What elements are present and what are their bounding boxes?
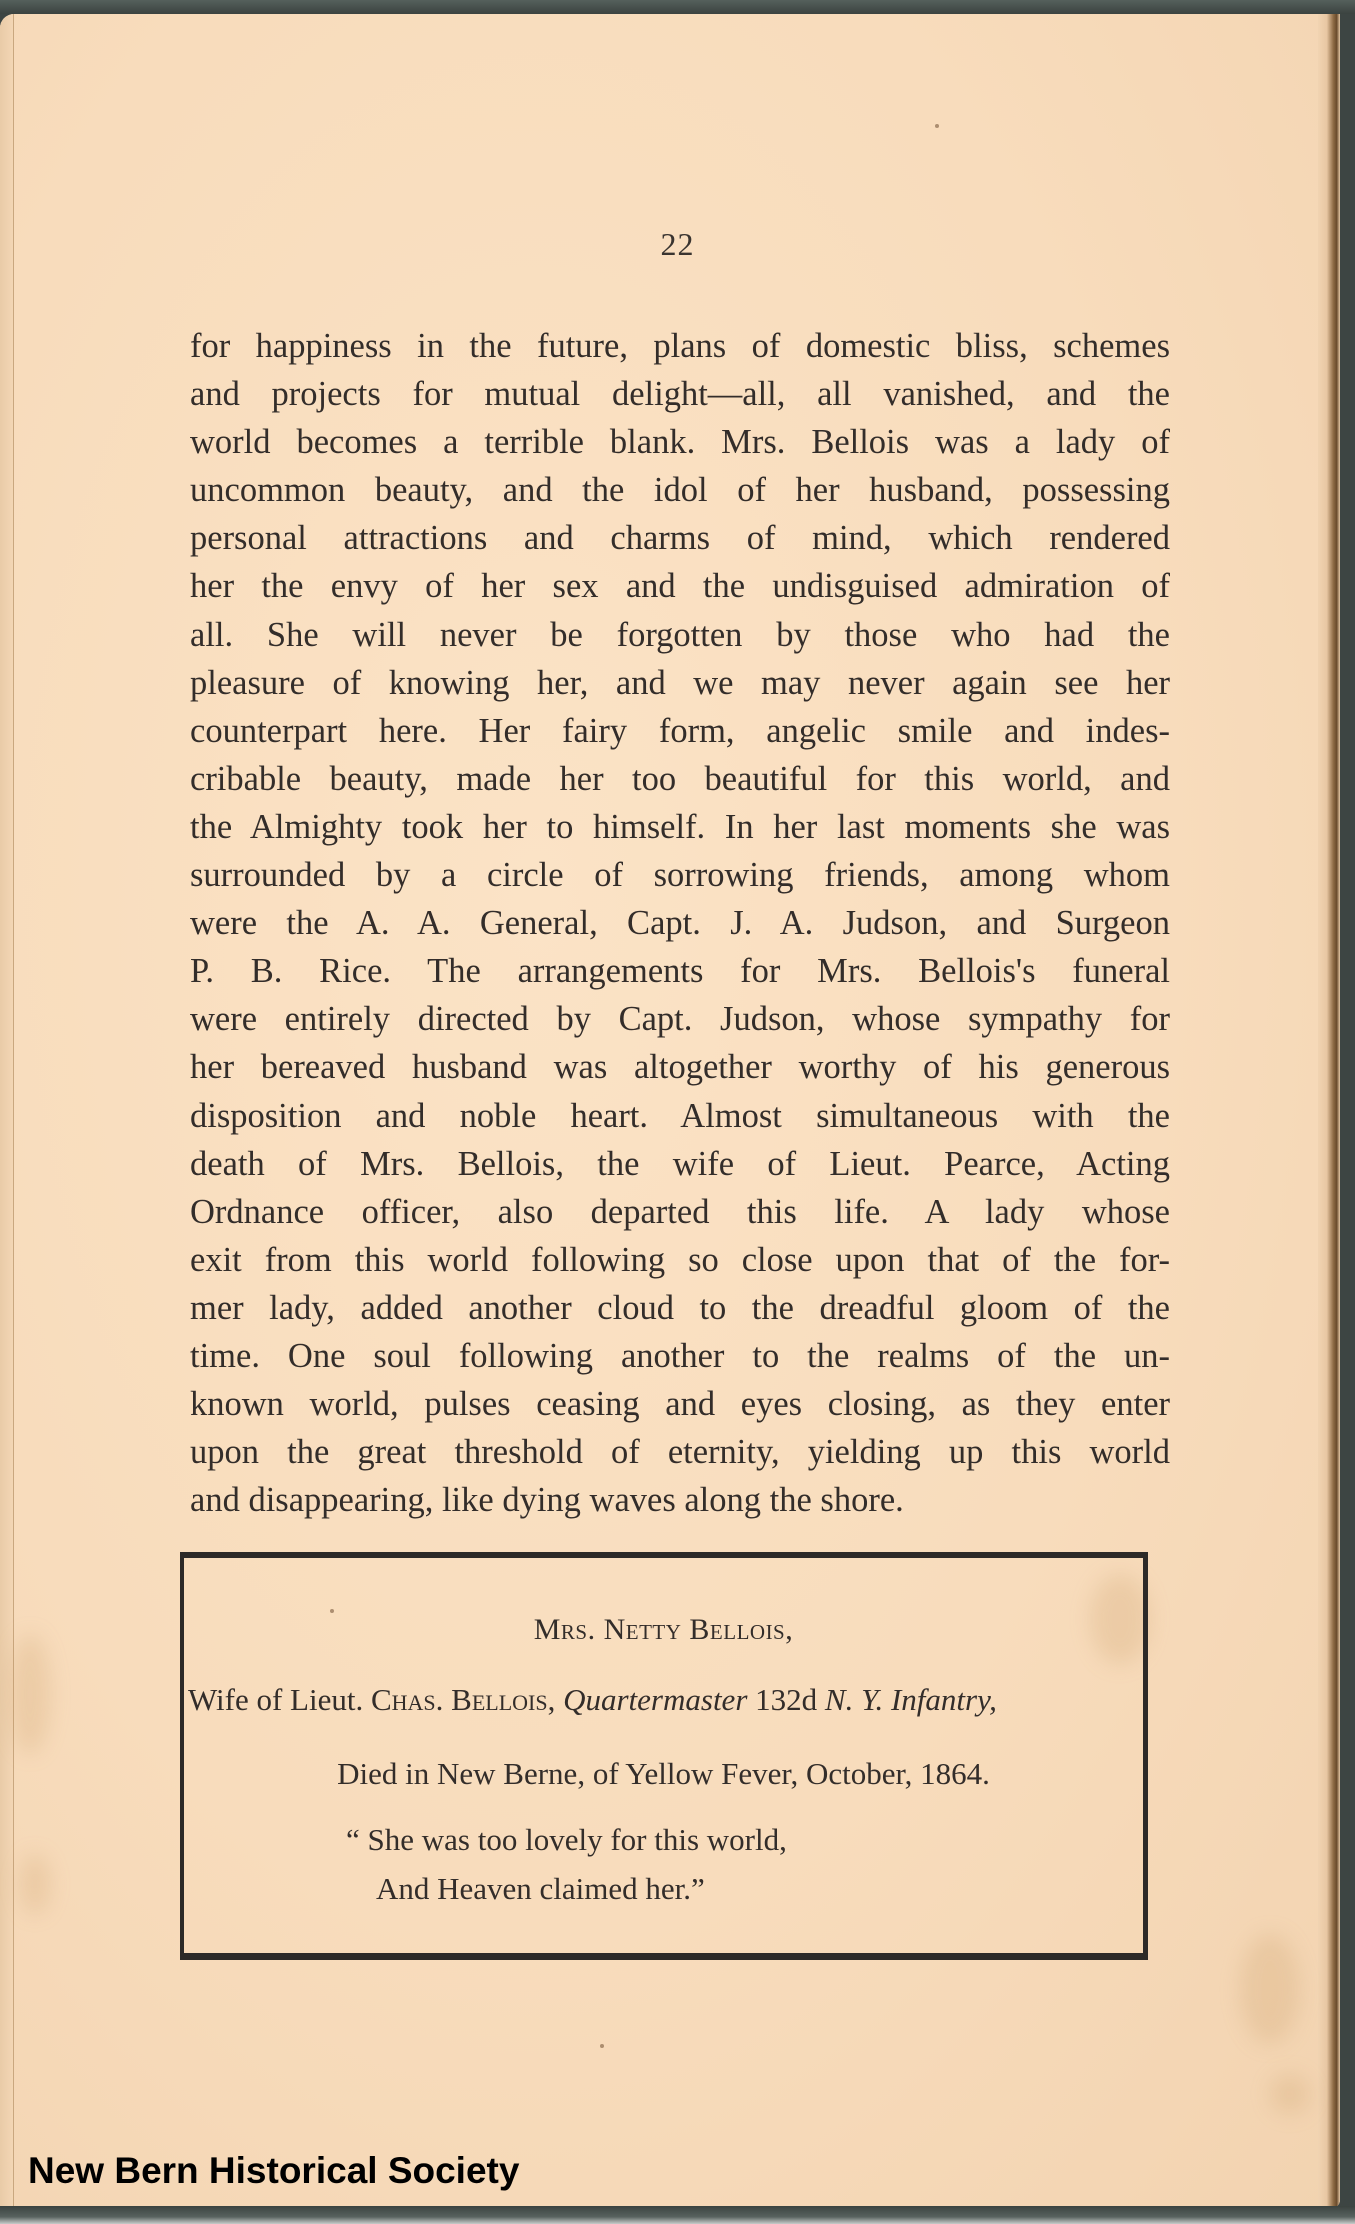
- memorial-name: Mrs. Netty Bellois,: [184, 1613, 1143, 1647]
- text-line: her the envy of her sex and the undisgui…: [190, 562, 1170, 610]
- memorial-quote-line-1: “ She was too lovely for this world,: [346, 1822, 787, 1858]
- text-line: all. She will never be forgotten by thos…: [190, 611, 1170, 659]
- regiment-number: 132d: [755, 1682, 817, 1717]
- foxing-stain: [1240, 1934, 1300, 2044]
- text-line: were entirely directed by Capt. Judson, …: [190, 995, 1170, 1043]
- text-line: Ordnance officer, also departed this lif…: [190, 1188, 1170, 1236]
- text-line: her bereaved husband was altogether wort…: [190, 1043, 1170, 1091]
- text-line: cribable beauty, made her too beautiful …: [190, 755, 1170, 803]
- text-line: world becomes a terrible blank. Mrs. Bel…: [190, 418, 1170, 466]
- foxing-stain: [20, 1854, 50, 1914]
- page-number: 22: [0, 226, 1355, 263]
- text-line: time. One soul following another to the …: [190, 1332, 1170, 1380]
- text-line: uncommon beauty, and the idol of her hus…: [190, 466, 1170, 514]
- text-line: surrounded by a circle of sorrowing frie…: [190, 851, 1170, 899]
- husband-title: Quartermaster: [563, 1682, 747, 1717]
- foxing-stain: [10, 1634, 50, 1754]
- book-cover-bottom-edge: [0, 2206, 1355, 2224]
- book-cover-top-edge: [0, 0, 1355, 14]
- book-spine-edge: [1318, 14, 1340, 2208]
- husband-name: Chas. Bellois,: [371, 1682, 555, 1717]
- text-line: counterpart here. Her fairy form, angeli…: [190, 707, 1170, 755]
- foxing-stain: [1270, 2074, 1310, 2114]
- wife-prefix: Wife of Lieut.: [188, 1682, 371, 1717]
- regiment-name: N. Y. Infantry,: [825, 1682, 997, 1717]
- text-line: upon the great threshold of eternity, yi…: [190, 1428, 1170, 1476]
- memorial-death-line: Died in New Berne, of Yellow Fever, Octo…: [184, 1756, 1143, 1792]
- text-line: personal attractions and charms of mind,…: [190, 514, 1170, 562]
- memorial-quote-line-2: And Heaven claimed her.”: [376, 1871, 705, 1907]
- text-line: the Almighty took her to himself. In her…: [190, 803, 1170, 851]
- memorial-notice-box: Mrs. Netty Bellois, Wife of Lieut. Chas.…: [180, 1552, 1148, 1960]
- text-line: mer lady, added another cloud to the dre…: [190, 1284, 1170, 1332]
- text-line: pleasure of knowing her, and we may neve…: [190, 659, 1170, 707]
- text-line: were the A. A. General, Capt. J. A. Juds…: [190, 899, 1170, 947]
- memorial-husband-line: Wife of Lieut. Chas. Bellois, Quartermas…: [188, 1682, 1147, 1718]
- text-line: P. B. Rice. The arrangements for Mrs. Be…: [190, 947, 1170, 995]
- text-line: death of Mrs. Bellois, the wife of Lieut…: [190, 1140, 1170, 1188]
- body-text: for happiness in the future, plans of do…: [190, 322, 1170, 1524]
- text-line: known world, pulses ceasing and eyes clo…: [190, 1380, 1170, 1428]
- text-line: and projects for mutual delight—all, all…: [190, 370, 1170, 418]
- text-line: exit from this world following so close …: [190, 1236, 1170, 1284]
- page-left-fold: [0, 14, 14, 2208]
- text-line: and disappearing, like dying waves along…: [190, 1476, 1170, 1524]
- text-line: for happiness in the future, plans of do…: [190, 322, 1170, 370]
- watermark-new-bern-historical-society: New Bern Historical Society: [28, 2150, 519, 2192]
- text-line: disposition and noble heart. Almost simu…: [190, 1092, 1170, 1140]
